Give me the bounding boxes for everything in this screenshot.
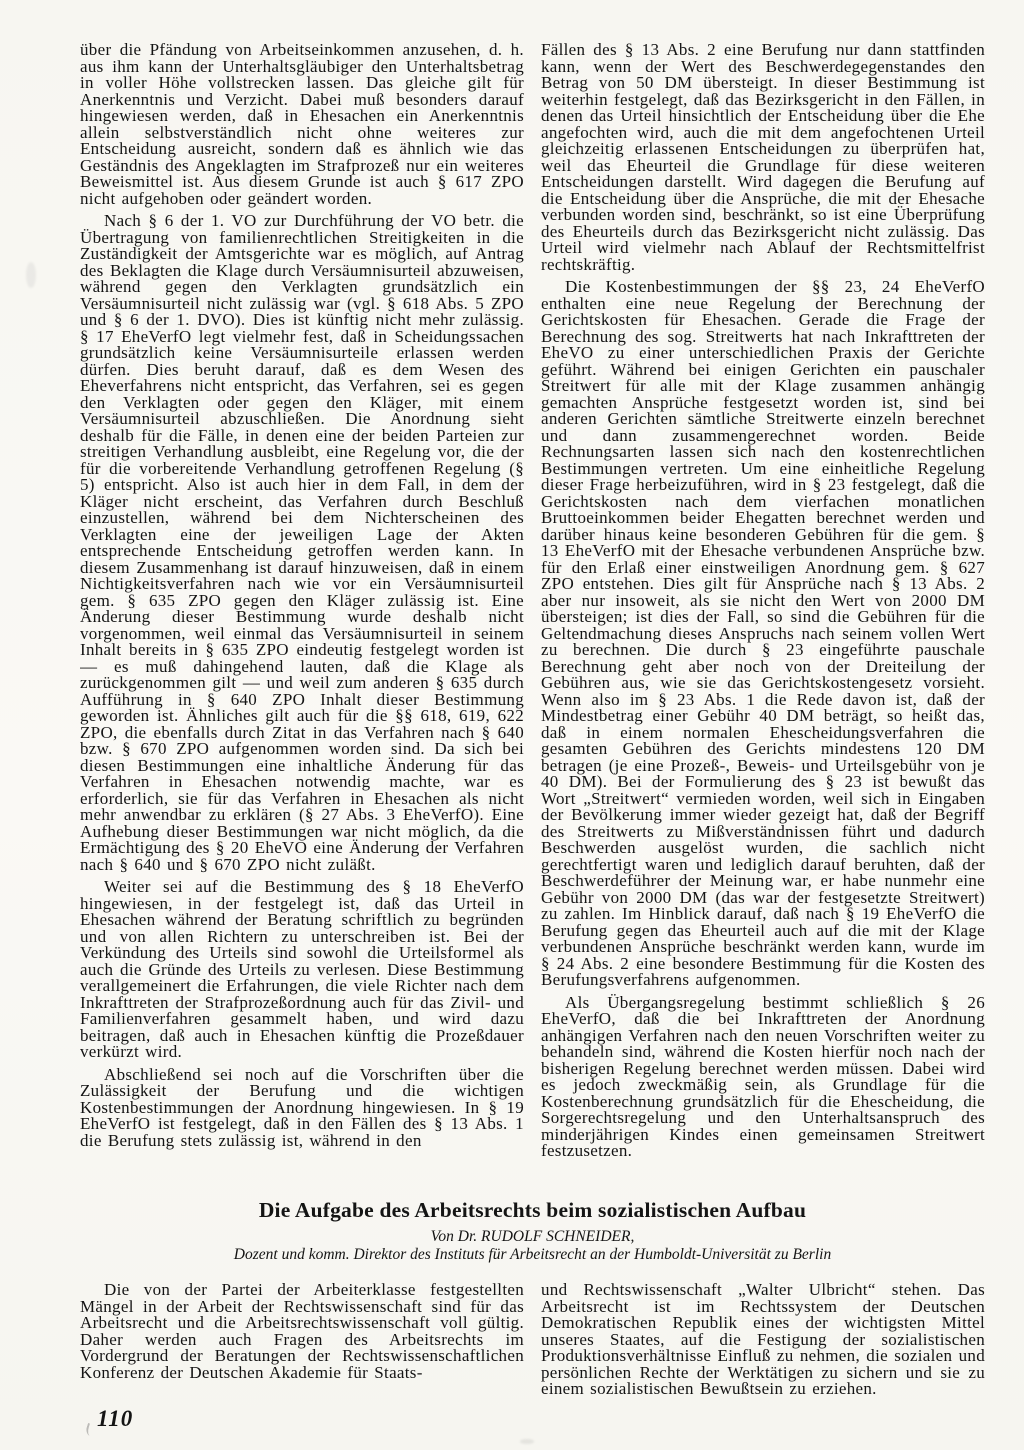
continuation-left-column: über die Pfändung von Arbeitseinkommen a… — [80, 42, 524, 1192]
paragraph: Als Übergangsregelung bestimmt schließli… — [541, 995, 985, 1160]
paragraph: Die von der Partei der Arbeiterklasse fe… — [80, 1282, 524, 1381]
paragraph: Nach § 6 der 1. VO zur Durchführung der … — [80, 213, 524, 873]
page-number: 110 — [97, 1406, 133, 1432]
article-byline: Von Dr. RUDOLF SCHNEIDER, — [80, 1228, 985, 1245]
article-title: Die Aufgabe des Arbeitsrechts beim sozia… — [80, 1198, 985, 1222]
paragraph: Abschließend sei noch auf die Vorschrift… — [80, 1067, 524, 1150]
paragraph: Fällen des § 13 Abs. 2 eine Berufung nur… — [541, 42, 985, 273]
paragraph: Weiter sei auf die Bestimmung des § 18 E… — [80, 879, 524, 1061]
paragraph: über die Pfändung von Arbeitseinkommen a… — [80, 42, 524, 207]
paragraph: und Rechtswissenschaft „Walter Ulbricht“… — [541, 1282, 985, 1398]
article-body-section: Die von der Partei der Arbeiterklasse fe… — [80, 1282, 985, 1422]
article-right-column: und Rechtswissenschaft „Walter Ulbricht“… — [541, 1282, 985, 1422]
journal-page: über die Pfändung von Arbeitseinkommen a… — [0, 0, 1024, 1450]
article-continuation-section: über die Pfändung von Arbeitseinkommen a… — [80, 42, 985, 1192]
continuation-right-column: Fällen des § 13 Abs. 2 eine Berufung nur… — [541, 42, 985, 1192]
scan-smudge — [84, 1423, 96, 1437]
article-header: Die Aufgabe des Arbeitsrechts beim sozia… — [80, 1198, 985, 1270]
scan-smudge — [520, 1439, 534, 1444]
article-author-affiliation: Dozent und komm. Direktor des Instituts … — [80, 1246, 985, 1263]
article-left-column: Die von der Partei der Arbeiterklasse fe… — [80, 1282, 524, 1422]
paragraph: Die Kostenbestimmungen der §§ 23, 24 Ehe… — [541, 279, 985, 989]
scan-smudge — [26, 262, 36, 288]
